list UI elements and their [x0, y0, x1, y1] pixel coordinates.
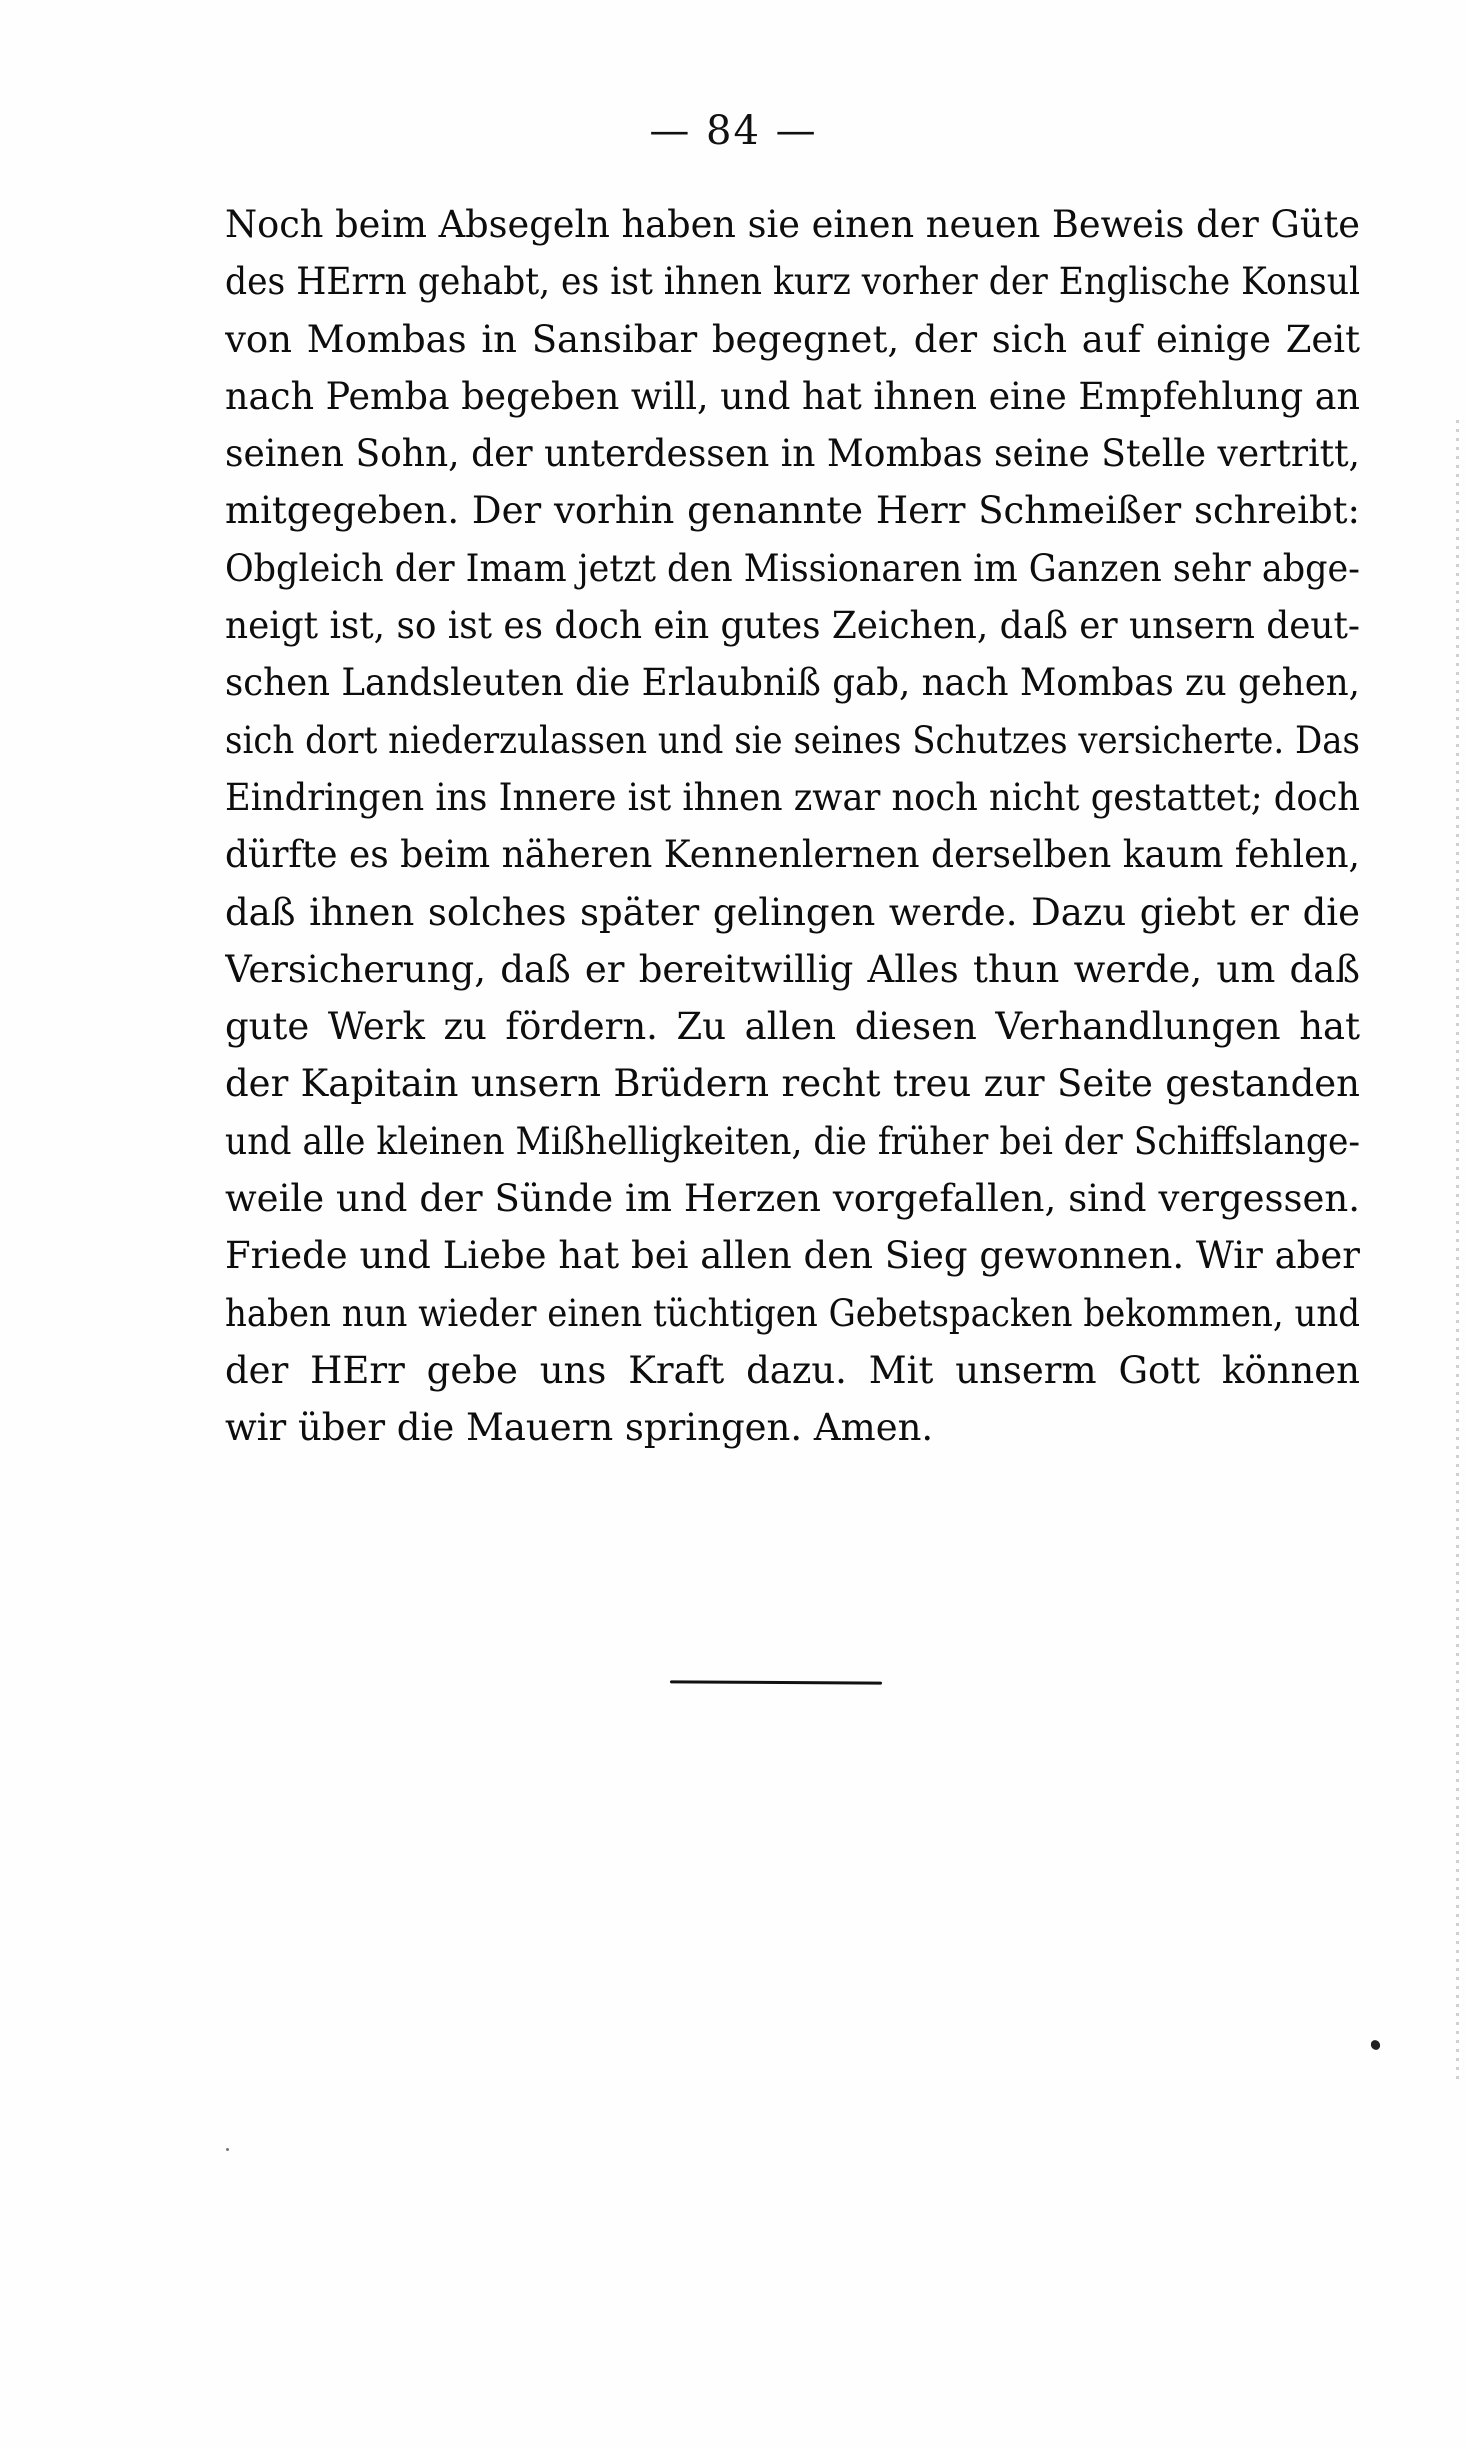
- text-line: dürfte es beim näheren Kennenlernen ders…: [225, 826, 1360, 883]
- text-line: des HErrn gehabt, es ist ihnen kurz vorh…: [225, 253, 1360, 310]
- text-line: seinen Sohn, der unterdessen in Mombas s…: [225, 425, 1360, 482]
- text-line: schen Landsleuten die Erlaubniß gab, nac…: [225, 654, 1360, 711]
- text-line: nach Pemba begeben will, und hat ihnen e…: [225, 368, 1360, 425]
- text-line: gute Werk zu fördern. Zu allen diesen Ve…: [225, 998, 1360, 1055]
- text-line: der Kapitain unsern Brüdern recht treu z…: [225, 1055, 1360, 1112]
- text-line-last: wir über die Mauern springen. Amen.: [225, 1399, 1360, 1456]
- text-line: neigt ist, so ist es doch ein gutes Zeic…: [225, 597, 1360, 654]
- text-line: weile und der Sünde im Herzen vorgefalle…: [225, 1170, 1360, 1227]
- body-text: Noch beim Absegeln haben sie einen neuen…: [225, 196, 1360, 1457]
- text-line: der HErr gebe uns Kraft dazu. Mit unserm…: [225, 1342, 1360, 1399]
- ink-speck: [226, 2148, 229, 2151]
- ink-speck: [1369, 2038, 1382, 2051]
- text-line: sich dort niederzulassen und sie seines …: [225, 712, 1360, 769]
- text-line: Noch beim Absegeln haben sie einen neuen…: [225, 196, 1360, 253]
- text-line: Obgleich der Imam jetzt den Missionaren …: [225, 540, 1360, 597]
- text-line: von Mombas in Sansibar begegnet, der sic…: [225, 311, 1360, 368]
- text-line: mitgegeben. Der vorhin genannte Herr Sch…: [225, 482, 1360, 539]
- text-line: und alle kleinen Mißhelligkeiten, die fr…: [225, 1113, 1360, 1170]
- page-edge-shadow: [1456, 420, 1459, 2080]
- text-line: Versicherung, daß er bereitwillig Alles …: [225, 941, 1360, 998]
- text-line: haben nun wieder einen tüchtigen Gebetsp…: [225, 1285, 1360, 1342]
- text-line: Friede und Liebe hat bei allen den Sieg …: [225, 1227, 1360, 1284]
- text-line: Eindringen ins Innere ist ihnen zwar noc…: [225, 769, 1360, 826]
- section-end-rule: [670, 1680, 882, 1684]
- book-page: — 84 — Noch beim Absegeln haben sie eine…: [0, 0, 1467, 2447]
- page-number: — 84 —: [0, 108, 1467, 154]
- text-line: daß ihnen solches später gelingen werde.…: [225, 884, 1360, 941]
